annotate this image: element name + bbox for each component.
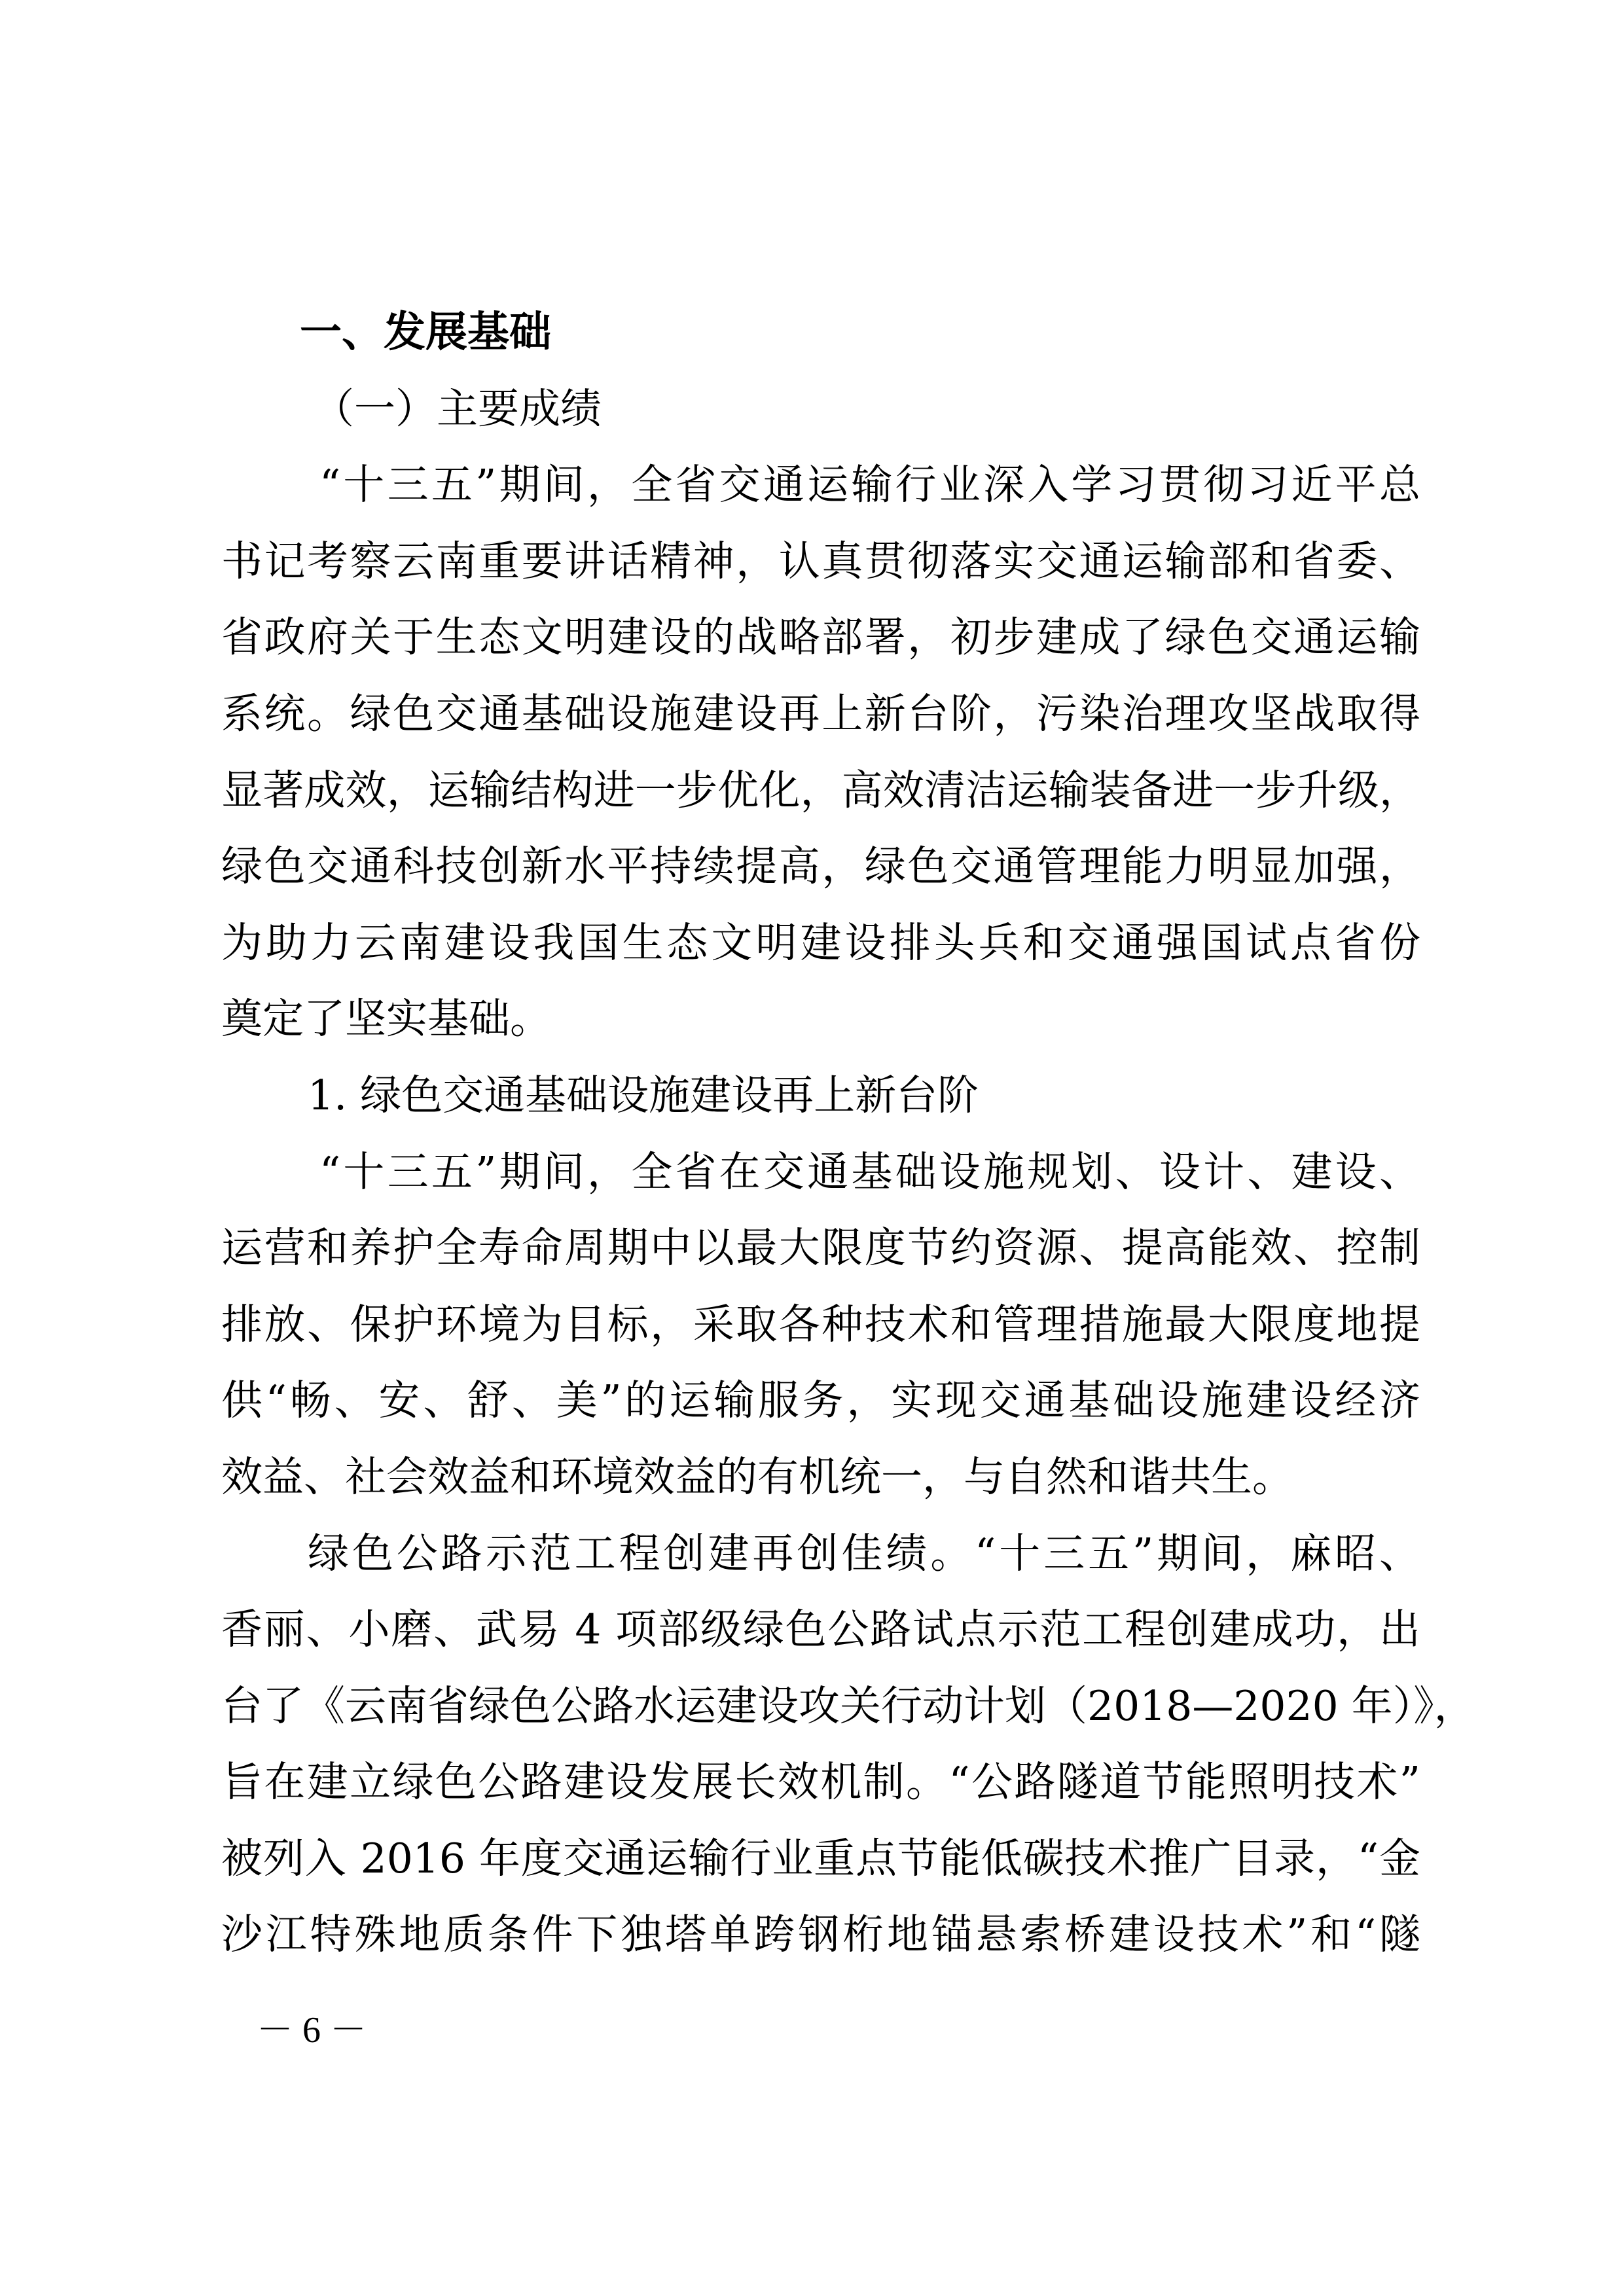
paragraph-line: 供“畅、安、舒、美”的运输服务，实现交通基础设施建设经济 [221, 1363, 1420, 1439]
section-heading: 一、发展基础 [221, 295, 1420, 371]
numbered-subheading: 1. 绿色交通基础设施建设再上新台阶 [221, 1058, 1420, 1134]
paragraph-achievements-overview: “十三五”期间，全省交通运输行业深入学习贯彻习近平总 书记考察云南重要讲话精神，… [221, 447, 1420, 1058]
paragraph-line: 香丽、小磨、武易 4 项部级绿色公路试点示范工程创建成功，出 [221, 1592, 1420, 1668]
paragraph-line: 省政府关于生态文明建设的战略部署，初步建成了绿色交通运输 [221, 600, 1420, 676]
paragraph-line: 系统。绿色交通基础设施建设再上新台阶，污染治理攻坚战取得 [221, 676, 1420, 753]
paragraph-line: 书记考察云南重要讲话精神，认真贯彻落实交通运输部和省委、 [221, 524, 1420, 600]
paragraph-infrastructure: “十三五”期间，全省在交通基础设施规划、设计、建设、 运营和养护全寿命周期中以最… [221, 1134, 1420, 1516]
document-body: 一、发展基础 （一）主要成绩 “十三五”期间，全省交通运输行业深入学习贯彻习近平… [221, 295, 1420, 1973]
paragraph-line: 绿色公路示范工程创建再创佳绩。“十三五”期间，麻昭、 [221, 1516, 1420, 1592]
paragraph-line: 台了《云南省绿色公路水运建设攻关行动计划（2018—2020 年）》， [221, 1668, 1420, 1745]
paragraph-line: 运营和养护全寿命周期中以最大限度节约资源、提高能效、控制 [221, 1210, 1420, 1287]
paragraph-line: 绿色交通科技创新水平持续提高，绿色交通管理能力明显加强， [221, 829, 1420, 905]
paragraph-line: “十三五”期间，全省在交通基础设施规划、设计、建设、 [221, 1134, 1420, 1211]
paragraph-green-highway: 绿色公路示范工程创建再创佳绩。“十三五”期间，麻昭、 香丽、小磨、武易 4 项部… [221, 1516, 1420, 1974]
paragraph-line: 旨在建立绿色公路建设发展长效机制。“公路隧道节能照明技术” [221, 1744, 1420, 1821]
paragraph-line: 被列入 2016 年度交通运输行业重点节能低碳技术推广目录，“金 [221, 1821, 1420, 1897]
document-page: 一、发展基础 （一）主要成绩 “十三五”期间，全省交通运输行业深入学习贯彻习近平… [0, 0, 1624, 2296]
paragraph-line: 效益、社会效益和环境效益的有机统一，与自然和谐共生。 [221, 1439, 1420, 1516]
paragraph-line: 奠定了坚实基础。 [221, 981, 1420, 1058]
paragraph-line: 为助力云南建设我国生态文明建设排头兵和交通强国试点省份 [221, 905, 1420, 982]
subsection-heading: （一）主要成绩 [221, 371, 1420, 448]
paragraph-line: 沙江特殊地质条件下独塔单跨钢桁地锚悬索桥建设技术”和“隧 [221, 1897, 1420, 1973]
paragraph-line: “十三五”期间，全省交通运输行业深入学习贯彻习近平总 [221, 447, 1420, 524]
page-number: － 6 － [257, 2009, 367, 2051]
paragraph-line: 显著成效，运输结构进一步优化，高效清洁运输装备进一步升级， [221, 753, 1420, 829]
paragraph-line: 排放、保护环境为目标，采取各种技术和管理措施最大限度地提 [221, 1287, 1420, 1363]
